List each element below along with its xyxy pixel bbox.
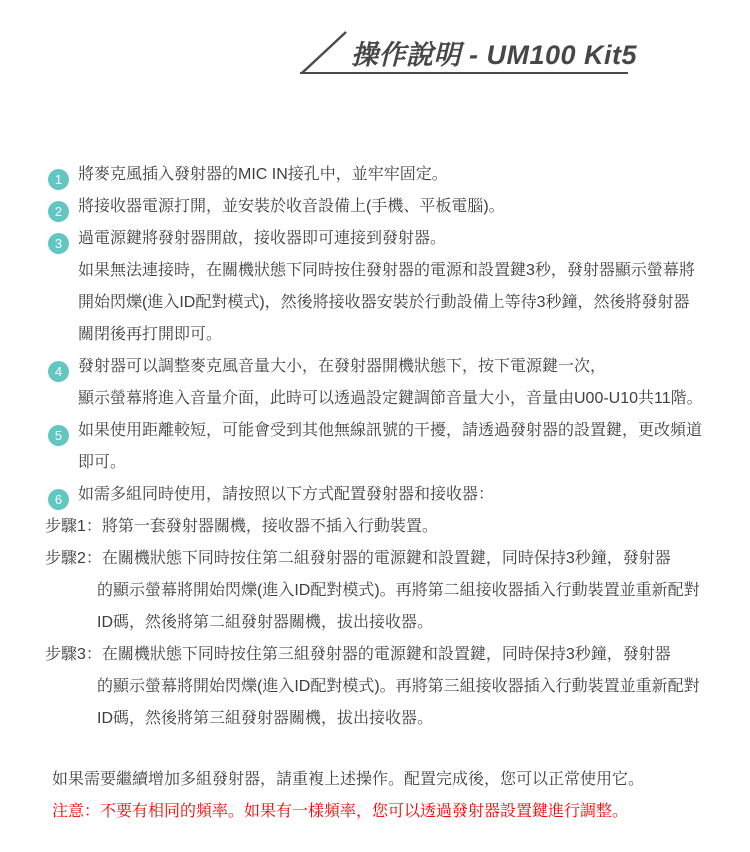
step-number-badge-6: 6 xyxy=(48,489,69,510)
list-item-6: 6如需多組同時使用，請按照以下方式配置發射器和接收器： xyxy=(45,479,715,511)
footer: 如果需要繼續增加多組發射器，請重複上述操作。配置完成後，您可以正常使用它。 注意… xyxy=(45,764,715,828)
list-item-1: 1將麥克風插入發射器的MIC IN接孔中，並牢牢固定。 xyxy=(45,159,715,191)
step-2-label: 步驟2： xyxy=(45,550,102,567)
list-item-5: 5如果使用距離較短，可能會受到其他無線訊號的干擾，請透過發射器的設置鍵，更改頻道 xyxy=(45,415,715,447)
warning-note: 注意：不要有相同的頻率。如果有一樣頻率，您可以透過發射器設置鍵進行調整。 xyxy=(52,796,715,828)
list-item-text: 如果使用距離較短，可能會受到其他無線訊號的干擾，請透過發射器的設置鍵，更改頻道 xyxy=(78,422,702,439)
list-item-2: 2將接收器電源打開，並安裝於收音設備上(手機、平板電腦)。 xyxy=(45,191,715,223)
list-item-3-continuation: 開始閃爍(進入ID配對模式)，然後將接收器安裝於行動設備上等待3秒鐘，然後將發射… xyxy=(45,287,715,319)
step-number-badge-4: 4 xyxy=(48,361,69,382)
step-3-continuation: 的顯示螢幕將開始閃爍(進入ID配對模式)。再將第三組接收器插入行動裝置並重新配對 xyxy=(45,671,715,703)
step-3-text: 在關機狀態下同時按住第三組發射器的電源鍵和設置鍵，同時保持3秒鐘，發射器 xyxy=(102,646,671,663)
list-item-3-continuation: 關閉後再打開即可。 xyxy=(45,319,715,351)
list-item-3-continuation: 如果無法連接時，在關機狀態下同時按住發射器的電源和設置鍵3秒，發射器顯示螢幕將 xyxy=(45,255,715,287)
slash-decoration-icon xyxy=(299,29,349,76)
step-number-badge-5: 5 xyxy=(48,425,69,446)
page-title: 操作說明 - UM100 Kit5 xyxy=(351,33,637,72)
step-1-text: 將第一套發射器關機，接收器不插入行動裝置。 xyxy=(102,518,438,535)
instruction-list: 1將麥克風插入發射器的MIC IN接孔中，並牢牢固定。 2將接收器電源打開，並安… xyxy=(45,159,715,828)
list-item-3: 3過電源鍵將發射器開啟，接收器即可連接到發射器。 xyxy=(45,223,715,255)
list-item-5-continuation: 即可。 xyxy=(45,447,715,479)
list-item-text: 將麥克風插入發射器的MIC IN接孔中，並牢牢固定。 xyxy=(78,166,448,183)
step-3: 步驟3：在關機狀態下同時按住第三組發射器的電源鍵和設置鍵，同時保持3秒鐘，發射器 xyxy=(45,639,715,671)
step-number-badge-3: 3 xyxy=(48,233,69,254)
step-2-continuation: 的顯示螢幕將開始閃爍(進入ID配對模式)。再將第二組接收器插入行動裝置並重新配對 xyxy=(45,575,715,607)
list-item-text: 發射器可以調整麥克風音量大小，在發射器開機狀態下，按下電源鍵一次， xyxy=(78,358,606,375)
list-item-text: 過電源鍵將發射器開啟，接收器即可連接到發射器。 xyxy=(78,230,446,247)
step-2: 步驟2：在關機狀態下同時按住第二組發射器的電源鍵和設置鍵，同時保持3秒鐘，發射器 xyxy=(45,543,715,575)
step-1: 步驟1：將第一套發射器關機，接收器不插入行動裝置。 xyxy=(45,511,715,543)
page-header: 操作說明 - UM100 Kit5 xyxy=(0,0,750,90)
step-1-label: 步驟1： xyxy=(45,518,102,535)
list-item-4-continuation: 顯示螢幕將進入音量介面，此時可以透過設定鍵調節音量大小，音量由U00-U10共1… xyxy=(45,383,715,415)
step-2-continuation: ID碼，然後將第二組發射器關機，拔出接收器。 xyxy=(45,607,715,639)
title-underline xyxy=(300,72,628,74)
step-3-continuation: ID碼，然後將第三組發射器關機，拔出接收器。 xyxy=(45,703,715,735)
step-number-badge-1: 1 xyxy=(48,169,69,190)
step-number-badge-2: 2 xyxy=(48,201,69,222)
step-3-label: 步驟3： xyxy=(45,646,102,663)
instruction-page: 操作說明 - UM100 Kit5 1將麥克風插入發射器的MIC IN接孔中，並… xyxy=(0,0,750,852)
list-item-text: 將接收器電源打開，並安裝於收音設備上(手機、平板電腦)。 xyxy=(78,198,505,215)
list-item-text: 如需多組同時使用，請按照以下方式配置發射器和接收器： xyxy=(78,486,494,503)
list-item-4: 4發射器可以調整麥克風音量大小，在發射器開機狀態下，按下電源鍵一次， xyxy=(45,351,715,383)
step-2-text: 在關機狀態下同時按住第二組發射器的電源鍵和設置鍵，同時保持3秒鐘，發射器 xyxy=(102,550,671,567)
footer-text: 如果需要繼續增加多組發射器，請重複上述操作。配置完成後，您可以正常使用它。 xyxy=(52,764,715,796)
